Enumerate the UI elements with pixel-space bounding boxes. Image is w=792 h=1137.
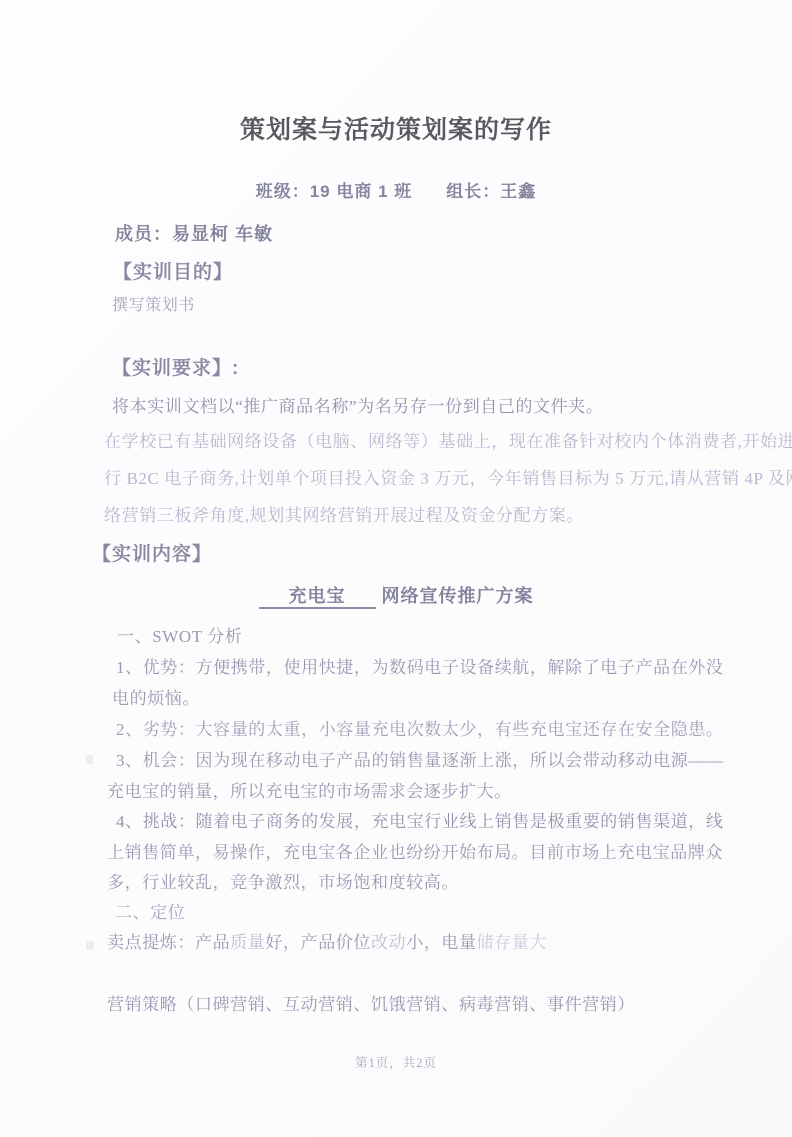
class-and-leader-line: 班级：19 电商 1 班组长：王鑫 (0, 177, 792, 202)
scan-noise-dot (86, 755, 93, 764)
selling-segment-faint: 质量 (230, 933, 265, 952)
swot-strength-line: 1、优势：方便携带，使用快捷，为数码电子设备续航，解除了电子产品在外没 (116, 653, 724, 678)
plan-title: 充电宝网络宣传推广方案 (0, 582, 792, 608)
requirements-paragraph-line: 络营销三板斧角度,规划其网络营销开展过程及资金分配方案。 (104, 501, 584, 526)
requirements-line: 将本实训文档以“推广商品名称”为名另存一份到自己的文件夹。 (112, 392, 604, 417)
swot-challenge-line: 4、挑战：随着电子商务的发展，充电宝行业线上销售是极重要的销售渠道，线 (116, 807, 724, 832)
members-line: 成员：易显柯 车敏 (115, 220, 273, 246)
swot-challenge-line: 上销售简单，易操作，充电宝各企业也纷纷开始布局。目前市场上充电宝品牌众 (107, 838, 723, 863)
purpose-heading: 【实训目的】 (113, 257, 233, 284)
selling-points-line: 卖点提炼：产品质量好，产品价位改动小，电量储存量大 (107, 928, 547, 953)
plan-title-product-blank: 充电宝 (259, 586, 376, 609)
requirements-heading: 【实训要求】: (112, 353, 239, 380)
doc-title: 策划案与活动策划案的写作 (0, 110, 792, 146)
swot-opportunity-line: 3、机会：因为现在移动电子产品的销售量逐渐上涨，所以会带动移动电源—— (116, 746, 724, 771)
leader-label: 组长：王鑫 (446, 182, 536, 201)
swot-challenge-line: 多，行业较乱，竞争激烈，市场饱和度较高。 (107, 868, 459, 893)
content-heading: 【实训内容】 (92, 539, 212, 566)
marketing-strategy-line: 营销策略（口碑营销、互动营销、饥饿营销、病毒营销、事件营销） (107, 990, 635, 1015)
class-label: 班级：19 电商 1 班 (256, 182, 413, 201)
selling-segment: 卖点提炼：产品 (107, 933, 230, 952)
swot-heading: 一、SWOT 分析 (117, 622, 243, 647)
selling-segment: 小，电量 (406, 933, 476, 952)
requirements-paragraph-line: 行 B2C 电子商务,计划单个项目投入资金 3 万元，今年销售目标为 5 万元,… (104, 464, 792, 489)
selling-segment-faint: 改动 (371, 933, 406, 952)
page-number-footer: 第1页，共2页 (0, 1053, 792, 1071)
requirements-paragraph-line: 在学校已有基础网络设备（电脑、网络等）基础上，现在准备针对校内个体消费者,开始进 (104, 427, 792, 452)
selling-segment: 好，产品价位 (265, 933, 371, 952)
scan-noise-dot (700, 729, 707, 736)
swot-weakness-line: 2、劣势：大容量的太重，小容量充电次数太少，有些充电宝还存在安全隐患。 (116, 715, 724, 740)
positioning-heading: 二、定位 (115, 898, 185, 923)
swot-opportunity-line: 充电宝的销量，所以充电宝的市场需求会逐步扩大。 (107, 777, 512, 802)
plan-title-rest: 网络宣传推广方案 (376, 586, 534, 606)
swot-strength-line: 电的烦恼。 (112, 684, 200, 709)
scanned-document-page: 策划案与活动策划案的写作 班级：19 电商 1 班组长：王鑫 成员：易显柯 车敏… (0, 0, 792, 1137)
purpose-body: 撰写策划书 (112, 292, 195, 315)
scan-noise-dot (86, 941, 94, 950)
selling-segment-extra-faint: 储存量大 (477, 933, 547, 952)
